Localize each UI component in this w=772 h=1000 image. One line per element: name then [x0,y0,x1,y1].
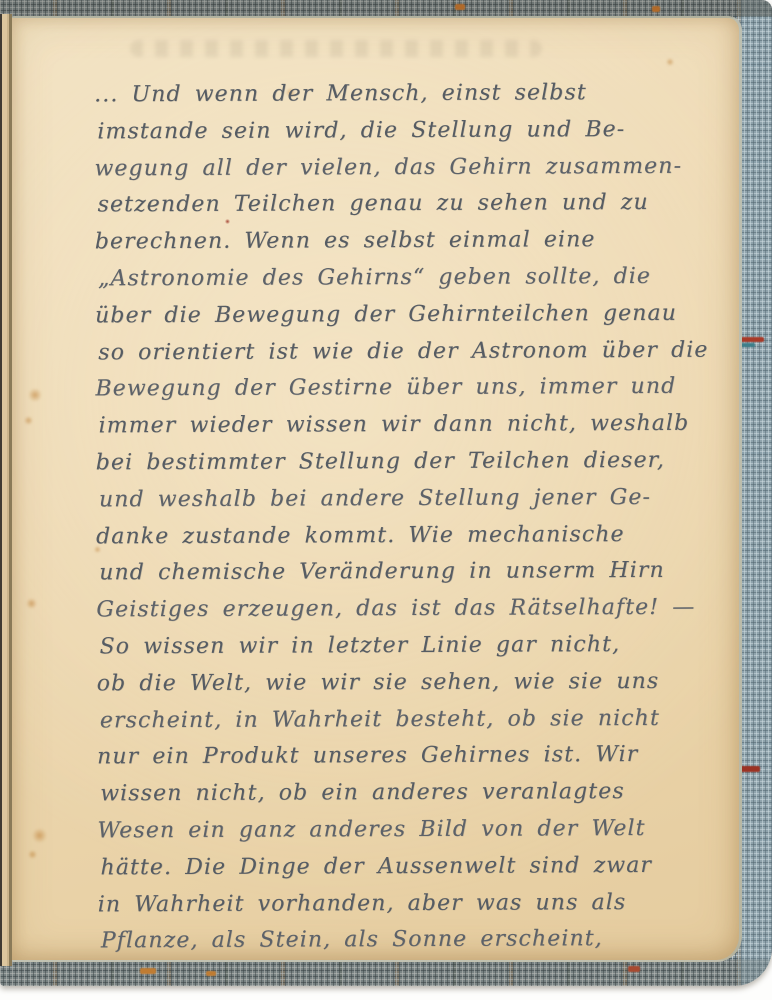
handwriting-line: über die Bewegung der Gehirnteilchen gen… [95,295,722,335]
handwriting-line: danke zustande kommt. Wie mechanische [96,516,723,556]
handwriting-line: ... Und wenn der Mensch, einst selbst [94,75,721,115]
handwriting-line: Pflanze, als Stein, als Sonne erscheint, [101,921,728,961]
fabric-orange-fleck [140,968,156,974]
foxing-stain [28,388,42,402]
foxing-stain [26,598,37,609]
photo-background: ... Und wenn der Mensch, einst selbst im… [0,0,772,1000]
foxing-stain [666,58,674,66]
handwriting-line: berechnen. Wenn es selbst einmal eine [95,222,722,262]
fabric-orange-fleck [206,971,216,976]
handwriting-line: hätte. Die Dinge der Aussenwelt sind zwa… [100,847,727,887]
handwriting-line: nur ein Produkt unseres Gehirnes ist. Wi… [97,737,724,777]
handwriting-line: Bewegung der Gestirne über uns, immer un… [95,369,722,409]
handwriting-line: wegung all der vielen, das Gehirn zusamm… [94,148,721,188]
handwriting-line: So wissen wir in letzter Linie gar nicht… [99,627,726,667]
handwriting-line: bei bestimmter Stellung der Teilchen die… [96,443,723,483]
foxing-stain [32,828,47,843]
handwritten-text: ... Und wenn der Mensch, einst selbst im… [94,75,725,961]
handwriting-line: wissen nicht, ob ein anderes veranlagtes [100,774,727,814]
page-edge-stack [0,14,15,966]
handwriting-line: so orientiert ist wie die der Astronom ü… [98,332,725,372]
handwriting-line: „Astronomie des Gehirns“ geben sollte, d… [98,259,725,299]
handwriting-line: imstande sein wird, die Stellung und Be- [97,111,724,151]
notebook: ... Und wenn der Mensch, einst selbst im… [0,0,772,986]
fabric-red-thread [740,337,764,342]
handwriting-line: immer wieder wissen wir dann nicht, wesh… [99,406,726,446]
foxing-stain [28,850,37,859]
handwriting-line: ob die Welt, wie wir sie sehen, wie sie … [97,663,724,703]
ink-bleedthrough [130,40,542,57]
handwriting-line: und chemische Veränderung in unserm Hirn [99,553,726,593]
handwriting-line: Geistiges erzeugen, das ist das Rätselha… [96,590,723,630]
handwriting-line: in Wahrheit vorhanden, aber was uns als [98,884,725,924]
handwriting-line: setzenden Teilchen genau zu sehen und zu [98,185,725,225]
fabric-orange-fleck [652,6,660,12]
fabric-red-fleck [628,966,640,972]
handwriting-line: erscheint, in Wahrheit besteht, ob sie n… [100,700,727,740]
foxing-stain [24,416,33,425]
fabric-orange-fleck [455,4,465,10]
notebook-page: ... Und wenn der Mensch, einst selbst im… [12,16,742,962]
handwriting-line: und weshalb bei andere Stellung jener Ge… [99,479,726,519]
handwriting-line: Wesen ein ganz anderes Bild von der Welt [97,811,724,851]
